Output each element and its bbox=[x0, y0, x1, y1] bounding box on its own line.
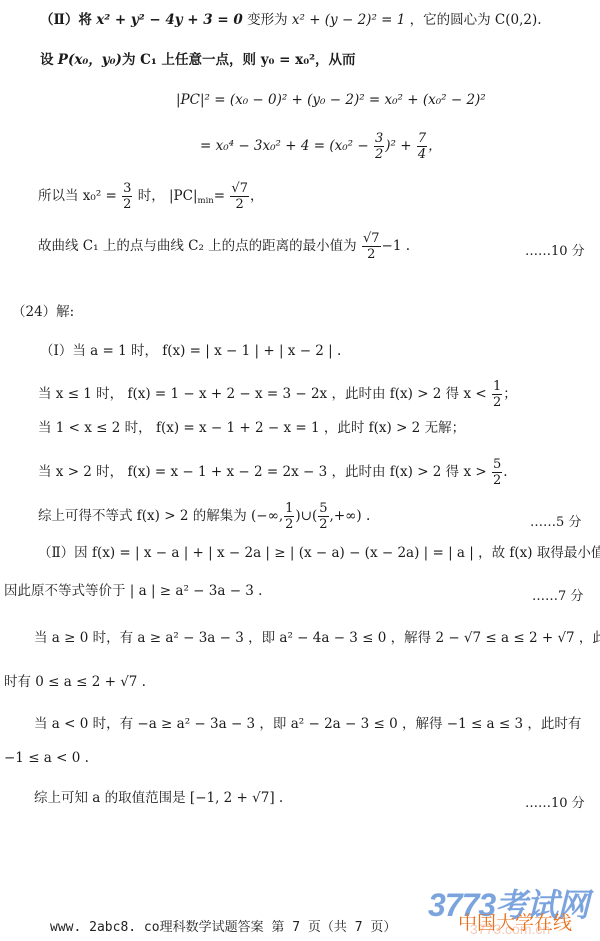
fraction: 32 bbox=[122, 182, 132, 211]
fraction: 52 bbox=[492, 458, 502, 487]
numerator: 5 bbox=[318, 502, 328, 517]
fraction: 52 bbox=[318, 502, 328, 531]
text: . bbox=[503, 464, 507, 480]
equation: x² + y² − 4y + 3 = 0 bbox=[96, 12, 243, 28]
fraction: 32 bbox=[374, 132, 384, 161]
numerator: 1 bbox=[284, 502, 294, 517]
text: −1 . bbox=[382, 238, 410, 254]
fraction: √72 bbox=[362, 232, 381, 261]
text: ，它的圆心为 C(0,2). bbox=[410, 12, 542, 28]
denominator: 2 bbox=[236, 197, 244, 211]
fraction: 74 bbox=[417, 132, 427, 161]
text: 当 x ≤ 1 时， f(x) = 1 − x + 2 − x = 3 − 2x… bbox=[38, 386, 487, 402]
text: 故曲线 C₁ 上的点与曲线 C₂ 上的点的距离的最小值为 bbox=[38, 238, 357, 254]
text: ， bbox=[250, 188, 264, 204]
q24-part2-line2: 因此原不等式等价于 | a | ≥ a² − 3a − 3 . bbox=[4, 585, 262, 599]
denominator: 2 bbox=[493, 395, 501, 409]
denominator: 2 bbox=[123, 197, 131, 211]
numerator: 1 bbox=[492, 380, 502, 395]
text: ,+∞) . bbox=[330, 508, 371, 524]
text: 时， |PC| bbox=[138, 188, 198, 204]
fraction: 12 bbox=[492, 380, 502, 409]
q24-part1-solution: 综上可得不等式 f(x) > 2 的解集为 (−∞,12)∪(52,+∞) . bbox=[38, 502, 370, 531]
equation: x² + (y − 2)² = 1 bbox=[292, 12, 405, 28]
score-marker: ……10 分 bbox=[525, 792, 585, 811]
q23-min-condition: 所以当 x₀² = 32 时， |PC|min= √72， bbox=[38, 182, 263, 211]
q24-part1-case3: 当 x > 2 时， f(x) = x − 1 + x − 2 = 2x − 3… bbox=[38, 458, 508, 487]
text: 所以当 x₀² = bbox=[38, 188, 117, 204]
text: ； bbox=[503, 386, 517, 402]
text: = bbox=[214, 188, 225, 204]
q24-part2-case-nonneg: 当 a ≥ 0 时，有 a ≥ a² − 3a − 3 ，即 a² − 4a −… bbox=[34, 632, 600, 646]
equation: = x₀⁴ − 3x₀² + 4 = (x₀² − bbox=[200, 138, 369, 154]
q24-part2-line1: （Ⅱ）因 f(x) = | x − a | + | x − 2a | ≥ | (… bbox=[38, 547, 600, 561]
q24-part2-case-neg: 当 a < 0 时，有 −a ≥ a² − 3a − 3 ，即 a² − 2a … bbox=[34, 718, 581, 732]
text: ， bbox=[428, 138, 442, 154]
denominator: 2 bbox=[319, 517, 327, 531]
equation: )² + bbox=[385, 138, 411, 154]
numerator: 3 bbox=[374, 132, 384, 147]
q23-pc-expansion: = x₀⁴ − 3x₀² + 4 = (x₀² − 32)² + 74， bbox=[200, 132, 442, 161]
q24-final-answer: 综上可知 a 的取值范围是 [−1, 2 + √7] . bbox=[34, 792, 283, 806]
q23-pc-squared: |PC|² = (x₀ − 0)² + (y₀ − 2)² = x₀² + (x… bbox=[176, 94, 486, 108]
numerator: √7 bbox=[230, 182, 249, 197]
subscript: min bbox=[198, 196, 214, 206]
denominator: 2 bbox=[493, 473, 501, 487]
q24-title: （24）解: bbox=[12, 306, 74, 320]
denominator: 2 bbox=[285, 517, 293, 531]
watermark-slogan: 中国大学在线 bbox=[458, 908, 572, 935]
numerator: 5 bbox=[492, 458, 502, 473]
denominator: 2 bbox=[375, 147, 383, 161]
fraction: 12 bbox=[284, 502, 294, 531]
score-marker: ……5 分 bbox=[530, 511, 581, 530]
q24-part1-case1: 当 x ≤ 1 时， f(x) = 1 − x + 2 − x = 3 − 2x… bbox=[38, 380, 517, 409]
q23-part2-line1: （Ⅱ）将 x² + y² − 4y + 3 = 0 变形为 x² + (y − … bbox=[40, 14, 542, 28]
q24-part2-case-neg-result: −1 ≤ a < 0 . bbox=[4, 752, 89, 766]
text: 变形为 bbox=[247, 12, 288, 28]
text: 当 x > 2 时， f(x) = x − 1 + x − 2 = 2x − 3… bbox=[38, 464, 487, 480]
part-label: （Ⅱ）将 bbox=[40, 12, 92, 28]
page-footer: www. 2abc8. co理科数学试题答案 第 7 页（共 7 页） bbox=[50, 916, 396, 935]
score-marker: ……7 分 bbox=[532, 585, 583, 604]
denominator: 4 bbox=[418, 147, 426, 161]
numerator: 7 bbox=[417, 132, 427, 147]
q24-part1-line1: （Ⅰ）当 a = 1 时， f(x) = | x − 1 | + | x − 2… bbox=[40, 345, 341, 359]
denominator: 2 bbox=[367, 247, 375, 261]
fraction: √72 bbox=[230, 182, 249, 211]
q23-part2-line2: 设 P(x₀，y₀)为 C₁ 上任意一点，则 y₀ = x₀²，从而 bbox=[40, 54, 356, 68]
text: )∪( bbox=[295, 508, 317, 524]
text: 综上可得不等式 f(x) > 2 的解集为 (−∞, bbox=[38, 508, 283, 524]
numerator: √7 bbox=[362, 232, 381, 247]
score-marker: ……10 分 bbox=[525, 240, 585, 259]
numerator: 3 bbox=[122, 182, 132, 197]
q24-part1-case2: 当 1 < x ≤ 2 时， f(x) = x − 1 + 2 − x = 1 … bbox=[38, 422, 465, 436]
q24-part2-case-nonneg-result: 时有 0 ≤ a ≤ 2 + √7 . bbox=[4, 676, 146, 690]
text: 为 C₁ 上任意一点，则 y₀ = x₀²，从而 bbox=[122, 52, 356, 68]
q23-conclusion: 故曲线 C₁ 上的点与曲线 C₂ 上的点的距离的最小值为 √72−1 . bbox=[38, 232, 410, 261]
point-label: P(x₀，y₀) bbox=[58, 52, 122, 68]
text: 设 bbox=[40, 52, 54, 68]
